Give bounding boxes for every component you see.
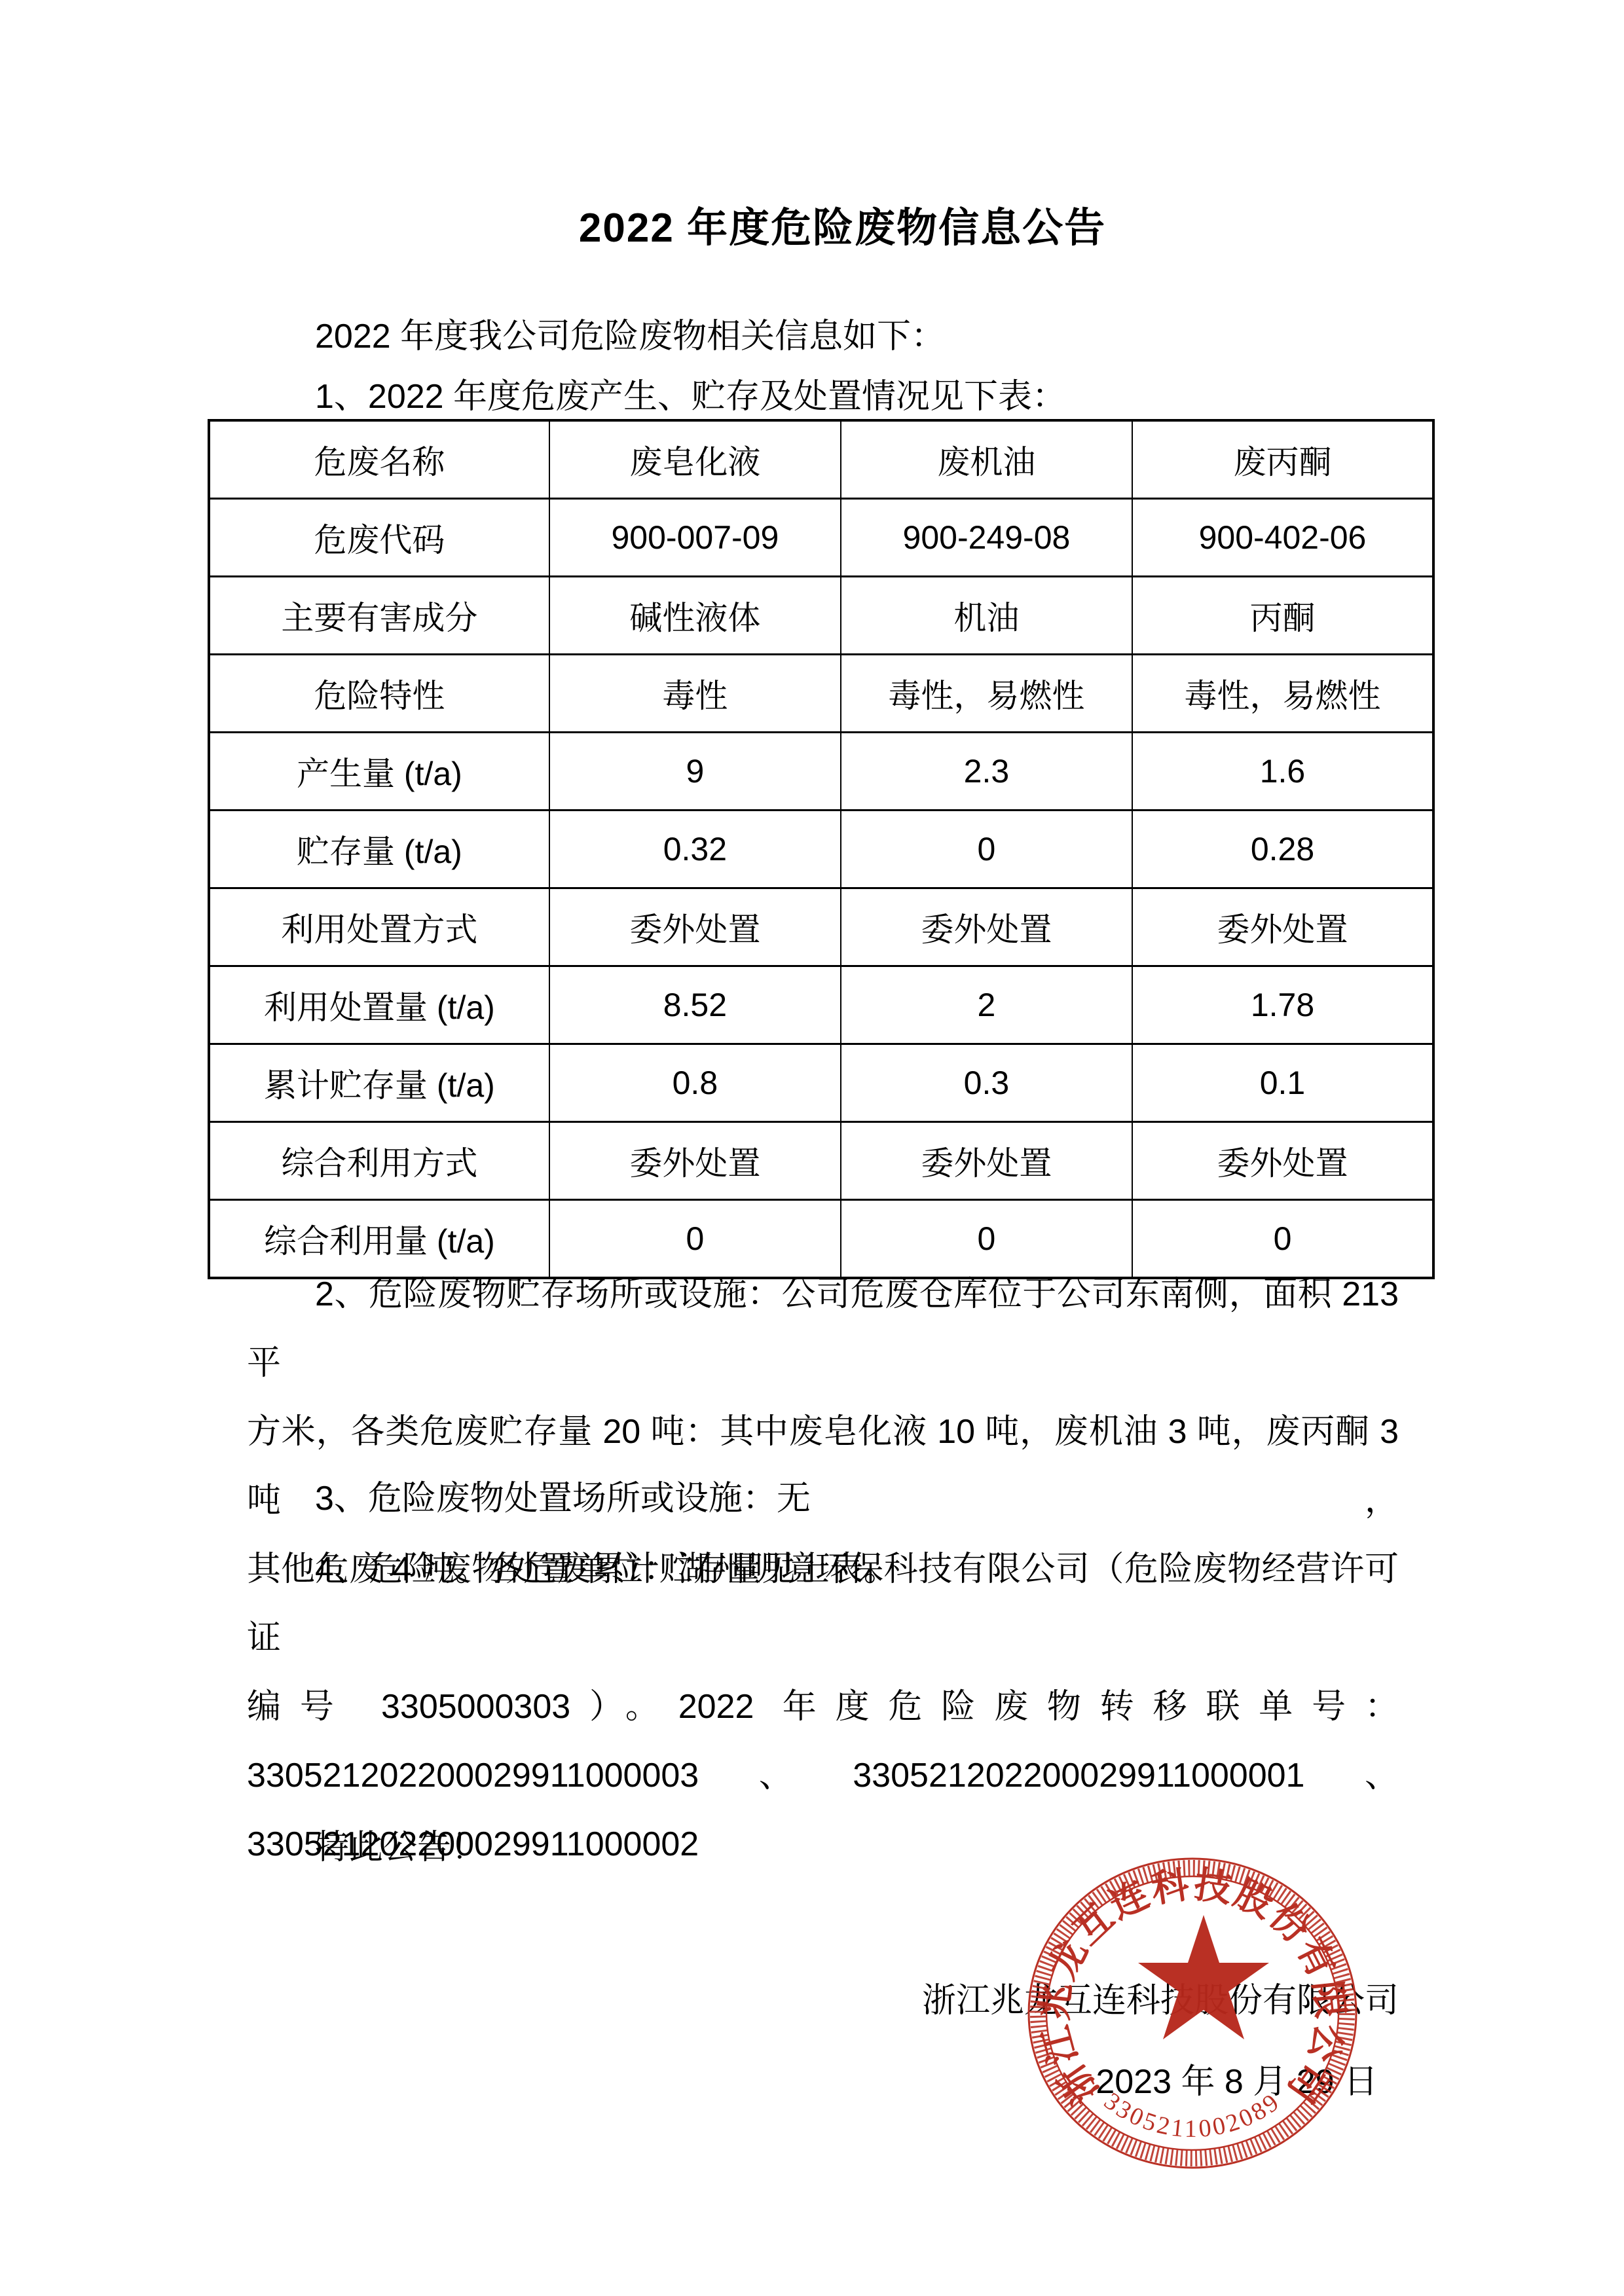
table-cell: 1.78	[1132, 966, 1433, 1044]
table-cell: 2	[841, 966, 1132, 1044]
table-cell: 委外处置	[549, 888, 841, 966]
table-cell: 委外处置	[1132, 888, 1433, 966]
row-label: 危废代码	[209, 499, 549, 577]
document-title: 2022 年度危险废物信息公告	[267, 208, 1418, 249]
table-cell: 委外处置	[841, 1122, 1132, 1200]
table-row: 贮存量 (t/a) 0.32 0 0.28	[209, 811, 1433, 888]
table-cell: 900-007-09	[549, 499, 841, 577]
table-cell: 900-402-06	[1132, 499, 1433, 577]
signature-date: 2023 年 8 月 29 日	[247, 2065, 1378, 2099]
paragraph-line: 330521202200029911000003、330521202200029…	[247, 1741, 1399, 1810]
table-cell: 碱性液体	[549, 577, 841, 655]
row-label: 主要有害成分	[209, 577, 549, 655]
paragraph-line: 2、危险废物贮存场所或设施：公司危废仓库位于公司东南侧，面积 213 平	[247, 1260, 1399, 1398]
row-label: 危废名称	[209, 420, 549, 499]
table-cell: 毒性	[549, 655, 841, 733]
table-cell: 废丙酮	[1132, 420, 1433, 499]
table-cell: 1.6	[1132, 733, 1433, 811]
paragraph-intro: 2022 年度我公司危险废物相关信息如下：	[247, 302, 1399, 371]
table-cell: 废机油	[841, 420, 1132, 499]
table-cell: 0.32	[549, 811, 841, 888]
closing-statement: 特此公告！	[247, 1813, 1399, 1882]
table-cell: 委外处置	[1132, 1122, 1433, 1200]
table-row: 产生量 (t/a) 9 2.3 1.6	[209, 733, 1433, 811]
table-row: 危险特性 毒性 毒性，易燃性 毒性，易燃性	[209, 655, 1433, 733]
table-cell: 8.52	[549, 966, 841, 1044]
table-cell: 0.1	[1132, 1044, 1433, 1122]
table-cell: 0.3	[841, 1044, 1132, 1122]
table-cell: 委外处置	[841, 888, 1132, 966]
table-cell: 900-249-08	[841, 499, 1132, 577]
table-row: 主要有害成分 碱性液体 机油 丙酮	[209, 577, 1433, 655]
table-cell: 2.3	[841, 733, 1132, 811]
row-label: 累计贮存量 (t/a)	[209, 1044, 549, 1122]
row-label: 贮存量 (t/a)	[209, 811, 549, 888]
table-row: 危废名称 废皂化液 废机油 废丙酮	[209, 420, 1433, 499]
table-row: 累计贮存量 (t/a) 0.8 0.3 0.1	[209, 1044, 1433, 1122]
row-label: 利用处置量 (t/a)	[209, 966, 549, 1044]
table-cell: 毒性，易燃性	[1132, 655, 1433, 733]
table-cell: 机油	[841, 577, 1132, 655]
table-cell: 毒性，易燃性	[841, 655, 1132, 733]
row-label: 产生量 (t/a)	[209, 733, 549, 811]
table-cell: 丙酮	[1132, 577, 1433, 655]
table-row: 利用处置方式 委外处置 委外处置 委外处置	[209, 888, 1433, 966]
seal-star-icon	[1138, 1915, 1269, 2039]
paragraph-item3: 3、危险废物处置场所或设施：无	[247, 1465, 1399, 1533]
row-label: 综合利用方式	[209, 1122, 549, 1200]
table-cell: 0.8	[549, 1044, 841, 1122]
paragraph-line: 4、危险废物处置单位：湖州明境环保科技有限公司（危险废物经营许可证	[247, 1535, 1399, 1673]
table-cell: 9	[549, 733, 841, 811]
table-row: 利用处置量 (t/a) 8.52 2 1.78	[209, 966, 1433, 1044]
table-cell: 委外处置	[549, 1122, 841, 1200]
row-label: 利用处置方式	[209, 888, 549, 966]
signature-company-name: 浙江兆龙互连科技股份有限公司	[922, 1984, 1399, 2018]
announcement-page: 2022 年度危险废物信息公告 2022 年度我公司危险废物相关信息如下： 1、…	[0, 0, 1624, 2296]
hazardous-waste-table: 危废名称 废皂化液 废机油 废丙酮 危废代码 900-007-09 900-24…	[208, 419, 1435, 1279]
table-cell: 废皂化液	[549, 420, 841, 499]
row-label: 危险特性	[209, 655, 549, 733]
table-cell: 0	[841, 811, 1132, 888]
paragraph-line: 编号 3305000303）。2022 年度危险废物转移联单号：	[247, 1673, 1399, 1741]
table-row: 危废代码 900-007-09 900-249-08 900-402-06	[209, 499, 1433, 577]
table-cell: 0.28	[1132, 811, 1433, 888]
table-row: 综合利用方式 委外处置 委外处置 委外处置	[209, 1122, 1433, 1200]
